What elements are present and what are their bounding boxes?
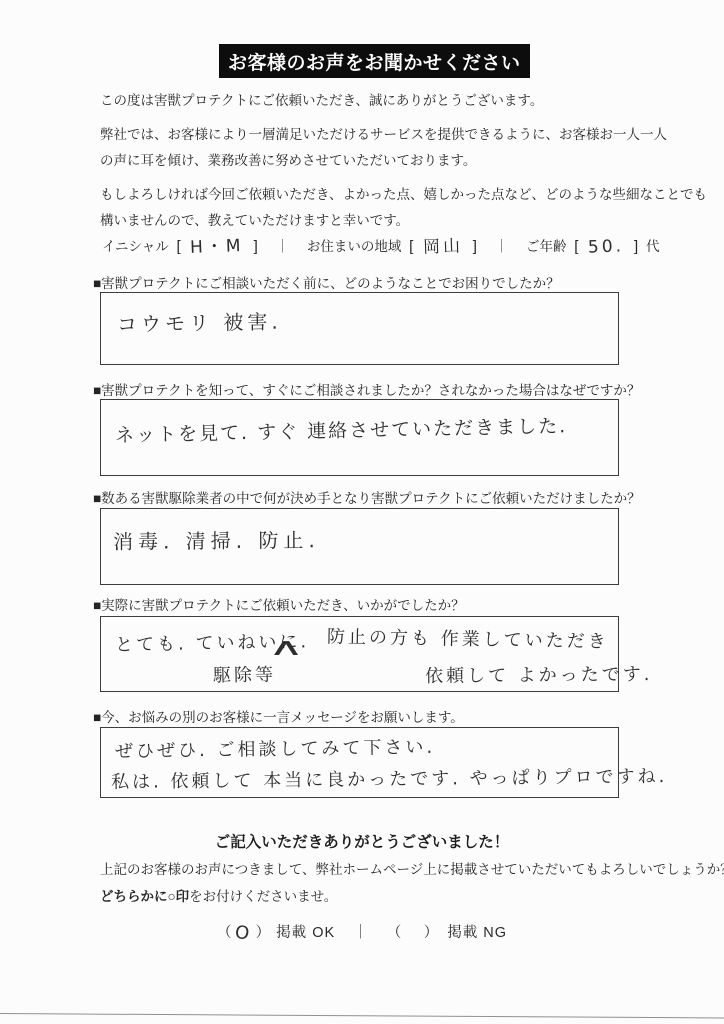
bracket-open: [	[409, 238, 413, 255]
separator: ｜	[495, 239, 509, 254]
permission-rest: をお付けくださいませ。	[189, 889, 337, 904]
bracket-close: ]	[254, 238, 258, 255]
initial-value-handwritten: H・M	[190, 231, 244, 258]
thanks-message: ご記入いただきありがとうございました！	[0, 830, 724, 852]
answer-box-5: ぜひぜひ. ご相談してみて下さい. 私は. 依頼して 本当に良かったです. やっ…	[100, 727, 619, 798]
intro-line: この度は害獣プロテクトにご依頼いただき、誠にありがとうございます。	[100, 88, 645, 114]
scanned-survey-page: お客様のお声をお聞かせください この度は害獣プロテクトにご依頼いただき、誠にあり…	[0, 0, 724, 1024]
answer-1-handwritten: コウモリ 被害.	[117, 306, 282, 338]
publish-ok-label: 掲載 OK	[276, 925, 335, 941]
answer-5-handwritten-line1: ぜひぜひ. ご相談してみて下さい.	[115, 733, 436, 763]
handwritten-circle-mark: O	[234, 922, 255, 946]
question-1-label: ■害獣プロテクトにご相談いただく前に、どのようなことでお困りでしたか？	[93, 272, 560, 292]
intro-line: もしよろしければ今回ご依頼いただき、よかった点、嬉しかった点など、どのような些細…	[100, 182, 645, 208]
publish-ng-label: 掲載 NG	[447, 925, 507, 941]
intro-line: の声に耳を傾け、業務改善に努めさせていただいております。	[100, 148, 645, 174]
question-5-label: ■今、お悩みの別のお客様に一言メッセージをお願いします。	[93, 706, 464, 726]
question-2-label: ■害獣プロテクトを知って、すぐにご相談されましたか？されなかった場合はなぜですか…	[93, 379, 640, 399]
answer-3-handwritten: 消毒. 清掃. 防止.	[113, 524, 320, 555]
age-suffix: 代	[646, 239, 660, 254]
ok-paren-close: ）	[256, 925, 272, 941]
form-title-bar: お客様のお声をお聞かせください	[219, 44, 530, 78]
answer-box-1: コウモリ 被害.	[100, 292, 619, 365]
bracket-open: [	[574, 238, 578, 255]
answer-box-4: とても. ていねいに. ∧ 防止の方も 作業していただき 駆除等 依頼して よか…	[100, 616, 619, 692]
answer-5-handwritten-line2: 私は. 依頼して 本当に良かったです. やっぱりプロですね.	[111, 762, 668, 794]
answer-4-handwritten-line2: 依頼して よかったです.	[425, 660, 653, 688]
permission-line-2: どちらかに○印をお付けくださいませ。	[100, 883, 724, 910]
publication-permission-text: 上記のお客様のお声につきまして、弊社ホームページ上に掲載させていただいてもよろし…	[100, 856, 724, 910]
permission-bold-part: どちらかに○印	[100, 889, 189, 904]
bracket-close: ]	[634, 238, 638, 255]
intro-paragraphs: この度は害獣プロテクトにご依頼いただき、誠にありがとうございます。 弊社では、お…	[100, 88, 645, 242]
answer-4-inserted-word: 駆除等	[213, 660, 276, 687]
answer-2-handwritten: ネットを見て. すぐ 連絡させていただきました.	[115, 411, 568, 447]
region-label: お住まいの地域	[307, 239, 402, 254]
initial-label: イニシャル	[102, 239, 169, 254]
answer-4-handwritten-part2: 防止の方も 作業していただき	[327, 623, 609, 654]
intro-paragraph-2: 弊社では、お客様により一層満足いただけるサービスを提供できるように、お客様お一人…	[100, 122, 645, 174]
respondent-info-row: イニシャル [ H・M ] ｜ お住まいの地域 [ 岡山 ] ｜ ご年齢 [ 5…	[100, 231, 624, 256]
question-4-label: ■実際に害獣プロテクトにご依頼いただき、いかがでしたか？	[93, 594, 465, 614]
age-label: ご年齢	[526, 239, 567, 254]
paper-bottom-edge	[0, 1013, 724, 1019]
ok-paren-open: （	[217, 925, 233, 941]
bracket-open: [	[176, 238, 180, 255]
form-title: お客様のお声をお聞かせください	[228, 48, 521, 75]
intro-line: 弊社では、お客様により一層満足いただけるサービスを提供できるように、お客様お一人…	[100, 122, 645, 148]
region-value-handwritten: 岡山	[423, 231, 464, 257]
insertion-caret-mark: ∧	[268, 633, 311, 661]
separator: ｜	[276, 239, 290, 254]
answer-box-2: ネットを見て. すぐ 連絡させていただきました.	[100, 399, 619, 476]
age-value-handwritten: 50.	[588, 236, 625, 257]
question-3-label: ■数ある害獣駆除業者の中で何が決め手となり害獣プロテクトにご依頼いただけましたか…	[93, 487, 641, 507]
ng-parens-empty: （ ）	[387, 925, 443, 941]
intro-paragraph-1: この度は害獣プロテクトにご依頼いただき、誠にありがとうございます。	[100, 88, 645, 114]
publish-choice-row: （O） 掲載 OK ｜ （ ） 掲載 NG	[0, 921, 724, 944]
answer-box-3: 消毒. 清掃. 防止.	[100, 508, 619, 585]
bracket-close: ]	[473, 238, 477, 255]
intro-paragraph-3: もしよろしければ今回ご依頼いただき、よかった点、嬉しかった点など、どのような些細…	[100, 182, 645, 234]
divider-bar: ｜	[353, 925, 369, 941]
permission-line-1: 上記のお客様のお声につきまして、弊社ホームページ上に掲載させていただいてもよろし…	[100, 856, 724, 883]
